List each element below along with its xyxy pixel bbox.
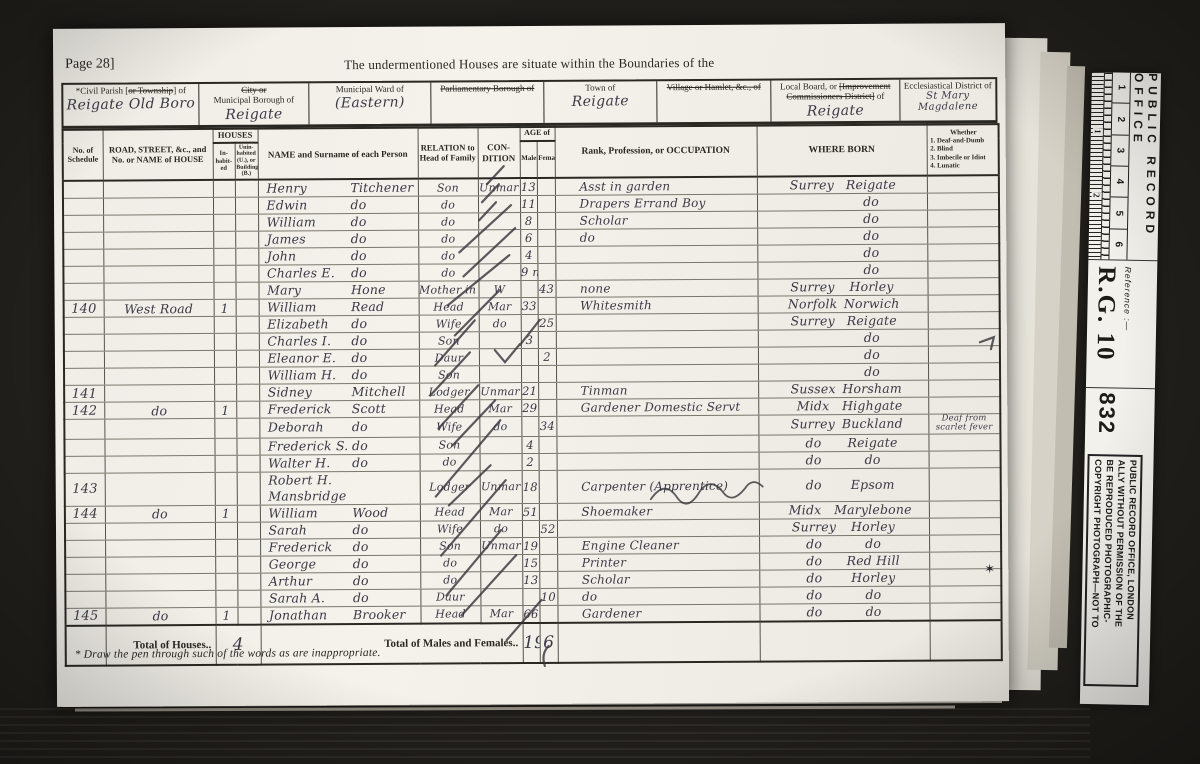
cell-road [104,334,214,352]
ruler-number: 1 [1112,72,1130,104]
cell-name: FrederickScott [259,400,419,418]
cell-age-male [522,588,539,605]
cell-road [105,522,215,540]
col-header-condition: CON-DITION [478,127,520,178]
cell-condition [479,332,521,349]
cell-road: do [105,505,215,523]
born-place: do [841,228,901,243]
cell-age-male: 29 [521,400,538,417]
cell-relation: do [420,555,480,572]
cell-name: William H.do [259,366,419,384]
cell-where-born: dodo [759,603,929,622]
census-page: Page 28] The undermentioned Houses are s… [53,23,1009,707]
cell-uninhabited [236,384,259,401]
born-place: do [842,364,902,379]
cell-relation: do [418,264,478,281]
cell-age-male: 33 [521,298,538,315]
cell-age-male: 9 mo [520,264,537,281]
cell-relation: Son [418,178,478,196]
born-place: Reigate [841,177,901,192]
col-header-schedule: No. of Schedule [63,130,103,181]
cell-inhabited [213,231,235,248]
cell-occupation [556,347,758,365]
ruler-inch-number: 1 [1093,128,1103,135]
cell-name: Arthurdo [260,572,420,590]
cell-infirmity-note [928,433,1000,450]
cell-where-born: do [758,346,928,364]
surname: Titchener [350,180,413,195]
surname: do [351,316,367,331]
cell-road [103,249,213,267]
cell-road [103,198,213,216]
cell-occupation: Scholar [555,211,757,229]
piece-number: 832 [1085,388,1120,451]
cell-name: Johndo [258,247,418,265]
cell-condition [478,264,520,281]
cell-inhabited [215,556,237,573]
cell-road [103,266,213,284]
born-place: do [841,262,901,277]
cell-age-female: 34 [538,416,556,436]
cell-schedule: 141 [64,385,104,402]
cell-where-born: do [757,193,927,211]
cell-road [105,539,215,557]
form-title: The undermentioned Houses are situate wi… [53,53,1005,75]
cell-age-female [539,605,557,623]
field-label: Municipal Borough of [214,95,295,105]
cell-age-male: 6 [520,230,537,247]
born-county: do [785,553,843,568]
cell-age-male: 4 [520,247,537,264]
cell-age-female [538,382,556,399]
cell-road [103,232,213,250]
cell-age-female [538,436,556,453]
born-place: Red Hill [843,553,903,568]
cell-age-female [539,571,557,588]
cell-condition: do [479,417,521,437]
cell-relation: Head [419,298,479,315]
cell-condition: Unmar [479,383,521,400]
cell-condition: Mar [480,605,522,623]
cell-where-born: doHorley [759,569,929,587]
cell-condition: Mar [480,503,522,520]
born-county: do [785,604,843,619]
col-header-born: WHERE BORN [757,125,927,177]
cell-inhabited [213,197,235,214]
cell-occupation: Tinman [556,381,758,399]
given-name: Eleanor E. [267,350,351,366]
cell-name: Frederickdo [260,538,420,556]
cell-age-female [537,212,555,229]
cell-occupation [556,364,758,382]
cell-road [104,385,214,403]
cell-where-born: do [757,227,927,245]
field-ecclesiastical-district: Ecclesiastical District of St Mary Magda… [899,79,995,121]
cell-schedule [65,523,105,540]
field-label: of [875,91,885,101]
cell-road [104,438,214,456]
born-county: do [785,570,843,585]
cell-where-born: do [758,329,928,347]
col-header-occupation: Rank, Profession, or OCCUPATION [555,126,757,178]
col-header-males: Males [520,140,537,178]
given-name: Henry [266,180,350,196]
cell-name: SidneyMitchell [259,383,419,401]
surname: do [353,590,369,605]
cell-road [105,590,215,608]
cell-where-born: dodo [759,535,929,553]
cell-infirmity-note [928,397,1000,414]
cell-relation: Wife [420,521,480,538]
cell-relation: do [420,572,480,589]
cell-where-born: doRed Hill [759,552,929,570]
handwritten-value: Reigate [201,106,306,124]
col-header-whether: Whether 1. Deaf-and-Dumb 2. Blind 3. Imb… [927,124,999,176]
cell-inhabited: 1 [215,607,237,625]
cell-uninhabited [236,333,259,350]
born-place: Horley [841,279,901,294]
cell-occupation: none [555,279,757,297]
col-header-houses: HOUSES [213,129,258,143]
surname: do [351,231,367,246]
cell-age-female [537,263,555,280]
cell-inhabited [213,265,235,282]
cell-age-female [539,503,557,520]
surname: Hone [351,282,386,297]
cell-schedule [63,215,103,232]
cell-inhabited [214,316,236,333]
surname: do [353,556,369,571]
cell-road: do [105,607,215,625]
cell-where-born: SurreyReigate [758,312,928,330]
cell-relation: do [418,196,478,213]
cell-relation: do [418,213,478,230]
field-label: ] of [173,85,186,95]
cell-relation: do [418,247,478,264]
ruler: 1 2 123456 PUBLIC RECORD OFFICE [1088,72,1161,261]
ruler-number: 5 [1110,198,1128,230]
cell-infirmity-note [929,500,1001,517]
born-place: Highgate [842,398,903,413]
cell-schedule [63,232,103,249]
cell-road: West Road [104,300,214,318]
given-name: Sidney [268,384,352,400]
cell-age-male [521,349,538,366]
cell-where-born: doEpsom [759,468,929,502]
whether-title: Whether [928,128,997,137]
cell-where-born: SurreyHorley [757,278,927,296]
reference-box: R.G. 10 Reference :— [1086,260,1157,389]
cell-road: do [104,402,214,420]
cell-road [105,573,215,591]
cell-occupation: Asst in garden [555,177,757,196]
surname: Brooker [353,607,406,622]
cell-relation: Son [419,437,479,454]
cell-inhabited: 1 [215,505,237,522]
cell-name: Charles E.do [258,264,418,282]
field-town: Town of Reigate [543,81,656,123]
cell-where-born: MidxMarylebone [759,501,929,519]
cell-schedule [64,351,104,368]
cell-age-female: 25 [538,314,556,331]
cell-uninhabited [237,522,260,539]
cell-inhabited [214,418,236,438]
surname: do [353,539,369,554]
cell-uninhabited [235,282,258,299]
cell-where-born: SussexHorsham [758,380,928,398]
born-county: Sussex [784,381,842,396]
cell-age-female [537,178,555,196]
surname: do [351,248,367,263]
total-females-value: 6 [540,623,558,663]
cell-uninhabited [236,367,259,384]
cell-schedule [64,317,104,334]
born-place: do [842,347,902,362]
cell-inhabited [213,180,235,198]
census-table: No. of Schedule ROAD, STREET, &c., and N… [62,123,1003,667]
cell-age-female [539,470,557,503]
cell-infirmity-note [928,380,1000,397]
surname: do [350,197,366,212]
cell-occupation: Drapers Errand Boy [555,194,757,212]
cell-age-male [521,366,538,383]
cell-inhabited: 1 [214,401,236,418]
cell-age-female: 43 [537,280,555,297]
cell-relation: Head [420,504,480,521]
cell-schedule: 144 [65,506,105,523]
cell-condition: Mar [479,400,521,417]
cell-uninhabited [236,418,259,438]
cell-infirmity-note [928,329,1000,346]
cell-age-female [538,365,556,382]
field-municipal-ward: Municipal Ward of (Eastern) [308,83,430,125]
cell-occupation: Whitesmith [556,296,758,314]
cell-schedule [65,456,105,473]
cell-inhabited [215,539,237,556]
cell-infirmity-note [927,261,999,278]
cell-schedule [65,574,105,591]
cell-age-male: 51 [522,503,539,520]
cell-occupation: Engine Cleaner [557,536,759,554]
cell-age-male: 66 [522,605,539,623]
cell-relation: Daur [419,349,479,366]
cell-condition: W [478,281,520,298]
cell-schedule [63,181,103,199]
totals-empty [558,621,760,662]
cell-infirmity-note [929,450,1001,467]
cell-inhabited [215,455,237,472]
cell-age-male: 19 [522,537,539,554]
cell-inhabited: 1 [214,299,236,316]
cell-uninhabited [237,573,260,590]
cell-where-born: doReigate [758,434,928,452]
cell-relation: Son [419,366,479,383]
cell-uninhabited [235,231,258,248]
given-name: Charles I. [267,333,351,349]
given-name: Arthur [269,573,353,589]
cell-infirmity-note [929,467,1001,500]
cell-relation: Wife [419,315,479,332]
col-header-females: Females [537,140,555,178]
cell-inhabited [214,367,236,384]
whether-line: 4. Lunatic [928,163,997,172]
cell-infirmity-note [928,295,1000,312]
born-place: do [841,194,901,209]
cell-where-born: do [757,210,927,228]
cell-condition [478,213,520,230]
cell-relation: Mother in Law [418,281,478,298]
field-civil-parish: *Civil Parish [or Township] of Reigate O… [63,84,198,126]
cell-condition: Unmar [478,178,520,196]
cell-road [104,351,214,369]
cell-inhabited [213,248,235,265]
given-name: Charles E. [267,265,351,281]
cell-schedule: 142 [64,402,104,419]
ruler-number: 4 [1111,166,1129,198]
cell-name: Georgedo [260,555,420,573]
field-label-struck: Parliamentary Borough of [440,83,534,94]
handwritten-value: Reigate Old Boro [65,96,196,114]
col-header-age: AGE of [520,127,555,141]
cell-uninhabited [237,607,260,625]
born-place: do [843,536,903,551]
cell-name: Robert H.Mansbridge [260,471,420,505]
cell-age-female: 10 [539,588,557,605]
born-county: do [785,452,843,467]
cell-inhabited [213,282,235,299]
cell-name: WilliamRead [259,298,419,316]
given-name: Sarah [268,522,352,538]
totals-empty [760,620,930,661]
cell-infirmity-note [927,210,999,227]
born-place: do [843,604,903,619]
cell-name: Sarah A.do [260,589,420,607]
cell-infirmity-note [929,551,1001,568]
cell-age-female [538,331,556,348]
cell-infirmity-note [927,244,999,261]
cell-age-female [539,453,557,470]
cell-name: Jamesdo [258,230,418,248]
cell-relation: Lodger [420,471,480,504]
cell-infirmity-note [929,517,1001,534]
cell-uninhabited [237,590,260,607]
cell-infirmity-note [928,312,1000,329]
cell-schedule [65,557,105,574]
cell-schedule: 145 [65,608,105,626]
cell-schedule [65,591,105,608]
cell-age-male: 2 [522,453,539,470]
surname: Wood [352,505,388,520]
cell-name: MaryHone [258,281,418,299]
given-name: William [268,505,352,521]
cell-infirmity-note: Deaf from scarlet fever [928,414,1000,434]
cell-inhabited [214,350,236,367]
born-county: do [785,477,843,492]
given-name: Deborah [268,420,352,436]
locality-header: *Civil Parish [or Township] of Reigate O… [61,77,997,129]
surname: do [353,573,369,588]
cell-age-male: 21 [521,383,538,400]
cell-road [105,556,215,574]
cell-occupation: Printer [557,553,759,571]
cell-occupation: Carpenter (Apprentice) [557,469,759,503]
cell-condition [480,588,522,605]
cell-inhabited [215,522,237,539]
cell-condition: do [479,315,521,332]
cell-condition: Unmar [480,470,522,503]
given-name: William H. [268,367,352,383]
cell-infirmity-note [929,534,1001,551]
cell-uninhabited [236,438,259,455]
surname: Mitchell [352,384,406,399]
born-place: Horley [843,519,903,534]
cell-inhabited [214,438,236,455]
pro-reference-card: 1 2 123456 PUBLIC RECORD OFFICE R.G. 10 … [1080,72,1161,705]
cell-age-male: 13 [522,571,539,588]
cell-age-male: 8 [520,213,537,230]
cell-inhabited [215,590,237,607]
surname: do [352,522,368,537]
cell-relation: Head [419,400,479,417]
given-name: Elizabeth [267,316,351,332]
cell-name: JonathanBrooker [260,606,420,624]
field-parliamentary-borough: Parliamentary Borough of [430,82,543,124]
surname: do [352,455,368,470]
cell-age-female [539,554,557,571]
field-label: *Civil Parish [ [76,85,129,95]
cell-schedule [65,540,105,557]
cell-road [105,472,215,506]
cell-uninhabited [236,299,259,316]
cell-where-born: SurreyReigate [757,176,927,195]
born-place: Reigate [842,435,902,450]
cell-name: WilliamWood [260,504,420,522]
cell-age-female [537,195,555,212]
cell-condition [479,349,521,366]
col-header-relation: RELATION to Head of Family [418,127,478,178]
cell-road [103,283,213,301]
cell-road [105,455,215,473]
cell-road [103,215,213,233]
cell-road [103,180,213,198]
surname: do [351,333,367,348]
born-county: do [784,435,842,450]
surname: Scott [352,401,386,416]
given-name: William [267,299,351,315]
cell-infirmity-note [927,175,999,193]
cell-age-female [537,246,555,263]
series-reference: R.G. 10 [1090,266,1120,388]
cell-infirmity-note [927,193,999,210]
surname: do [352,367,368,382]
surname: do [352,419,368,434]
cell-uninhabited [237,472,260,505]
cell-schedule [63,283,103,300]
cell-schedule [64,368,104,385]
cell-infirmity-note [927,227,999,244]
cell-occupation: do [557,587,759,605]
surname: do [352,438,368,453]
cell-where-born: MidxHighgate [758,397,928,415]
total-males-value: 19 [523,623,540,663]
born-county: Midx [784,398,842,413]
cell-occupation: Gardener Domestic Servt [556,398,758,416]
cell-relation: Son [420,538,480,555]
cell-age-male: 15 [522,554,539,571]
cell-name: Elizabethdo [259,315,419,333]
born-place: Reigate [842,313,902,328]
cell-age-male [521,417,538,437]
